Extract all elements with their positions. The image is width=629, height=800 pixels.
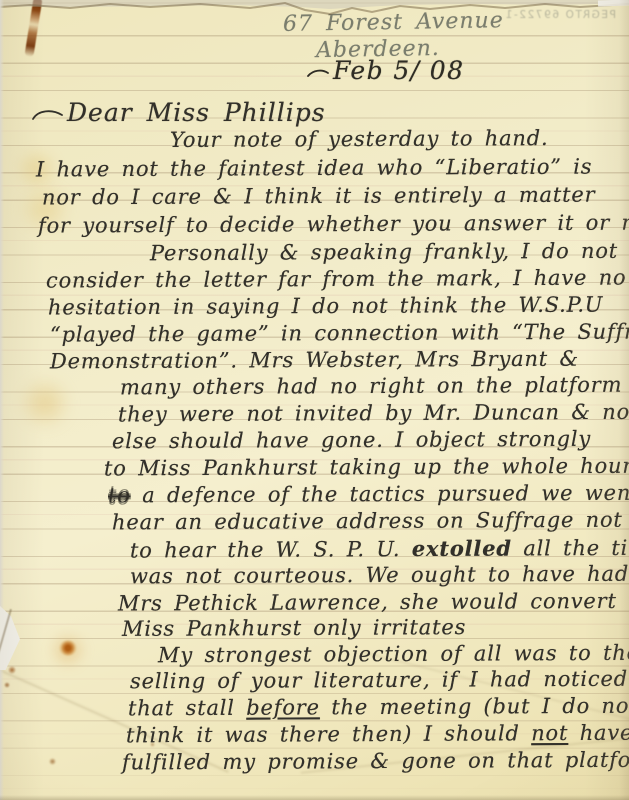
letter-text-segment: I have not the faintest idea who “Libera… xyxy=(36,155,592,182)
date-text: Feb 5/ 08 xyxy=(333,56,464,85)
letter-text-segment: they were not invited by Mr. Duncan & no… xyxy=(118,400,629,427)
letter-line: nor do I care & I think it is entirely a… xyxy=(42,184,596,210)
torn-top-edge xyxy=(0,0,629,18)
letter-text-segment: that stall xyxy=(128,696,246,721)
letter-text-segment: else should have gone. I object strongly xyxy=(112,427,591,454)
letter-text-segment: many others had no right on the platform xyxy=(120,373,622,400)
letter-line: else should have gone. I object strongly xyxy=(112,428,591,454)
letter-text-segment: Your note of yesterday to hand. xyxy=(170,126,549,152)
letter-text-segment: a defence of the tactics pursued we went… xyxy=(131,481,629,508)
letter-line: think it was there then) I should not ha… xyxy=(126,722,629,748)
letter-line: was not courteous. We ought to have had xyxy=(130,563,629,589)
stain-dot xyxy=(4,682,10,688)
letter-text-segment: “played the game” in connection with “Th… xyxy=(50,319,629,346)
paper-left-edge xyxy=(0,0,4,800)
letter-text-segment: the meeting (but I do not xyxy=(320,694,629,720)
salutation-line: Dear Miss Phillips xyxy=(30,98,326,127)
letter-line: many others had no right on the platform xyxy=(120,374,622,400)
letter-line: Demonstration”. Mrs Webster, Mrs Bryant … xyxy=(50,348,579,374)
letter-line: to a defence of the tactics pursued we w… xyxy=(108,482,629,508)
salutation-text: Dear Miss Phillips xyxy=(67,98,326,127)
letter-line: to hear the W. S. P. U. extolled all the… xyxy=(130,536,629,563)
scanned-letter-page: PEGRTO 69722-1 67 Forest Avenue Aberdeen… xyxy=(0,0,629,800)
paper-bottom-edge xyxy=(0,795,629,800)
letter-text-segment: nor do I care & I think it is entirely a… xyxy=(42,183,596,210)
letter-line: Your note of yesterday to hand. xyxy=(170,127,549,152)
letter-text-segment: extolled xyxy=(412,535,512,561)
letter-line: hear an educative address on Suffrage no… xyxy=(112,509,623,535)
letter-line: Personally & speaking frankly, I do not xyxy=(150,240,618,266)
stain-blot xyxy=(20,374,70,432)
letter-line: consider the letter far from the mark, I… xyxy=(46,266,627,292)
letter-text-segment: Demonstration”. Mrs Webster, Mrs Bryant … xyxy=(50,347,579,374)
letter-text-segment: consider the letter far from the mark, I… xyxy=(46,265,627,292)
letter-line: fulfilled my promise & gone on that plat… xyxy=(122,749,629,775)
letter-text-segment: to xyxy=(108,483,131,507)
letter-text-segment: Mrs Pethick Lawrence, she would convert … xyxy=(118,588,629,615)
letter-line: selling of your literature, if I had not… xyxy=(130,668,628,694)
letter-text-segment: Miss Pankhurst only irritates xyxy=(122,615,466,641)
letter-line: that stall before the meeting (but I do … xyxy=(128,695,629,721)
letter-line: I have not the faintest idea who “Libera… xyxy=(36,156,592,182)
date-line: Feb 5/ 08 xyxy=(306,56,464,85)
stain-dot xyxy=(49,758,56,765)
letter-text-segment: to hear the W. S. P. U. xyxy=(130,537,412,562)
letter-text-segment: was not courteous. We ought to have had xyxy=(130,562,629,589)
pen-flourish-icon xyxy=(306,66,330,80)
letter-line: hesitation in saying I do not think the … xyxy=(48,294,603,320)
letter-line: Miss Pankhurst only irritates xyxy=(122,616,466,641)
stain-dot xyxy=(59,640,77,656)
letter-text-segment: not xyxy=(531,721,568,745)
letter-text-segment: Personally & speaking frankly, I do not xyxy=(150,239,618,265)
letter-text-segment: before xyxy=(246,695,320,719)
letter-line: they were not invited by Mr. Duncan & no… xyxy=(118,401,629,427)
letter-text-segment: selling of your literature, if I had not… xyxy=(130,667,628,694)
letter-line: “played the game” in connection with “Th… xyxy=(50,320,629,346)
letter-text-segment: think it was there then) I should xyxy=(126,721,531,747)
letter-text-segment: all the time. It xyxy=(512,536,629,561)
letter-line: My strongest objection of all was to the xyxy=(158,642,629,668)
letter-text-segment: for yourself to decide whether you answe… xyxy=(38,210,629,237)
letter-text-segment: to Miss Pankhurst taking up the whole ho… xyxy=(104,454,629,481)
letter-text-segment: hear an educative address on Suffrage no… xyxy=(112,508,623,535)
letter-text-segment: My strongest objection of all was to the xyxy=(158,641,629,668)
letter-line: for yourself to decide whether you answe… xyxy=(38,211,629,237)
paper-right-edge xyxy=(619,0,629,800)
pen-flourish-icon xyxy=(30,107,64,123)
letter-text-segment: fulfilled my promise & gone on that plat… xyxy=(122,748,629,775)
letter-line: Mrs Pethick Lawrence, she would convert … xyxy=(118,589,629,615)
letter-line: to Miss Pankhurst taking up the whole ho… xyxy=(104,455,629,481)
letter-text-segment: hesitation in saying I do not think the … xyxy=(48,293,603,320)
